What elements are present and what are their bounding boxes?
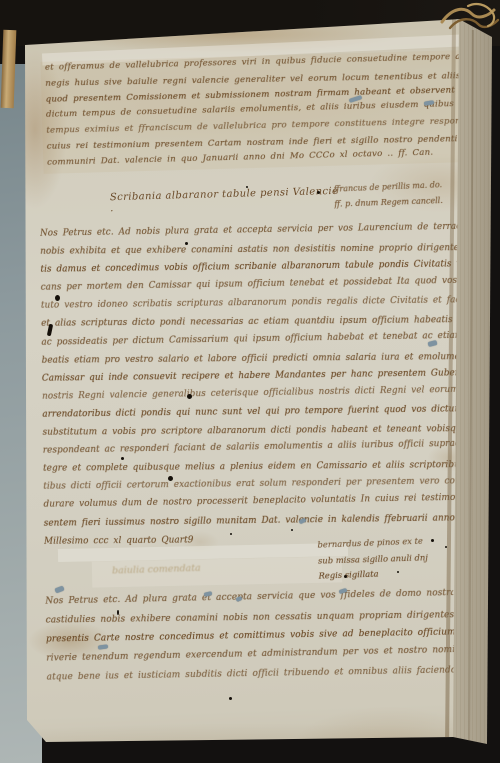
ink-speck (397, 571, 399, 573)
entry1-text: et offeramus de vallelubrica professores… (45, 51, 465, 171)
ink-speck (121, 457, 124, 460)
manuscript-photo: et offeramus de vallelubrica professores… (0, 0, 500, 763)
ink-speck (185, 242, 188, 245)
ink-speck (230, 533, 232, 535)
ink-speck (445, 546, 447, 548)
ink-speck (187, 394, 192, 399)
ink-speck (344, 575, 347, 578)
entry3-text: Nos Petrus etc. Ad plura grata et accept… (45, 585, 455, 687)
entry2-text: Nos Petrus etc. Ad nobis plura grata et … (40, 219, 462, 550)
ink-speck (246, 186, 248, 188)
ink-speck (229, 697, 232, 700)
ink-speck (117, 610, 119, 615)
ink-speck (431, 539, 434, 542)
ink-speck (317, 191, 320, 194)
ink-speck (168, 476, 173, 481)
ink-speck (55, 295, 60, 301)
binding-edge (1, 30, 17, 108)
ink-speck (291, 529, 293, 531)
binding-threads-icon (438, 0, 500, 38)
parchment-leaf: et offeramus de vallelubrica professores… (0, 0, 500, 763)
